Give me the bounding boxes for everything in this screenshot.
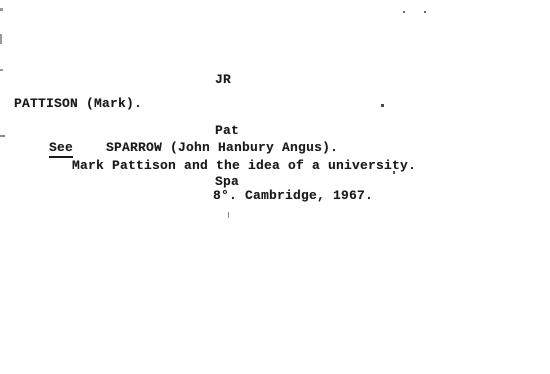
imprint-line: 8°. Cambridge, 1967. — [213, 188, 373, 203]
scan-edge-mark — [0, 8, 3, 11]
catalog-card: JR Pat Spa PATTISON (Mark). SeeSPARROW (… — [0, 0, 550, 374]
scan-speck — [393, 171, 395, 174]
scan-edge-mark — [0, 135, 5, 137]
title-line: Mark Pattison and the idea of a universi… — [72, 158, 416, 173]
scan-edge-mark — [0, 69, 3, 71]
shelfmark-line-1: JR — [215, 71, 247, 88]
scan-speck — [381, 104, 384, 107]
see-reference: SPARROW (John Hanbury Angus). — [106, 140, 338, 155]
scan-edge-mark — [0, 34, 2, 44]
scan-speck — [228, 212, 229, 218]
heading-line: PATTISON (Mark). — [14, 96, 142, 111]
scan-speck — [424, 11, 426, 13]
scan-speck — [403, 11, 405, 13]
see-label: See — [49, 140, 73, 158]
